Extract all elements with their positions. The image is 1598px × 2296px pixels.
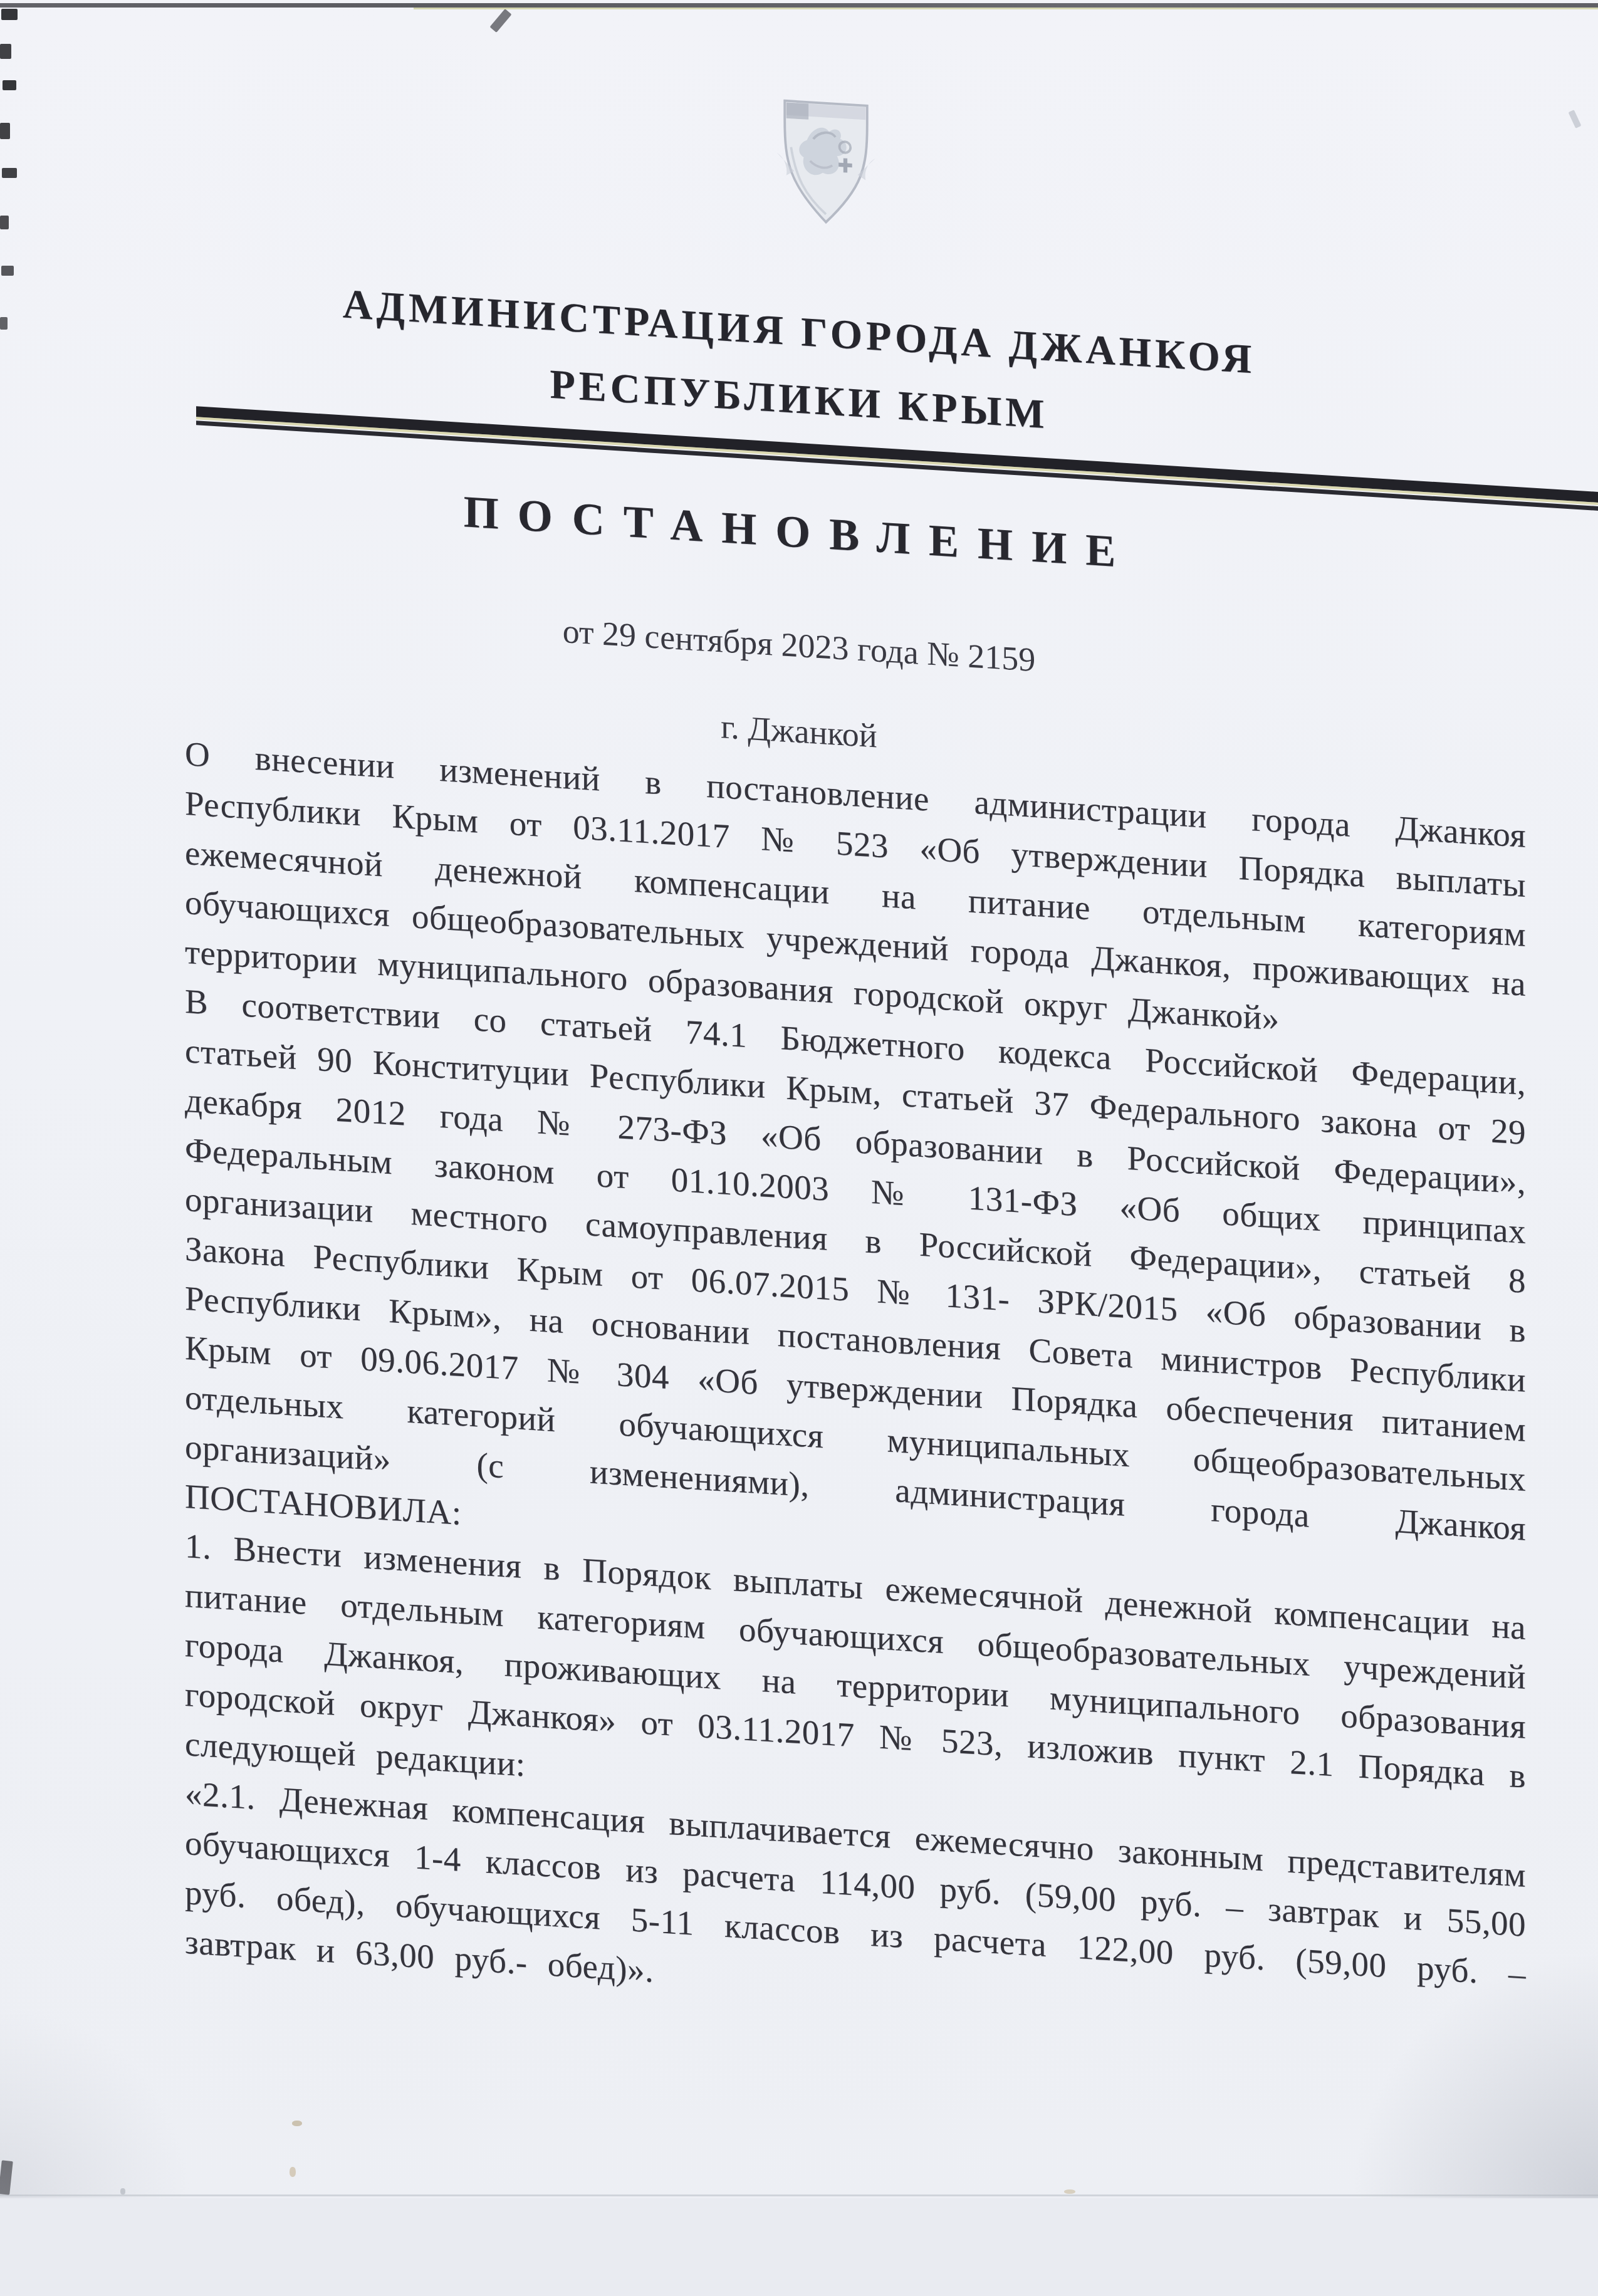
- resolution-document: АДМИНИСТРАЦИЯ ГОРОДА ДЖАНКОЯ РЕСПУБЛИКИ …: [0, 0, 1598, 2198]
- scanned-document-page: АДМИНИСТРАЦИЯ ГОРОДА ДЖАНКОЯ РЕСПУБЛИКИ …: [0, 0, 1598, 2198]
- preamble-paragraph: В соответствии со статьей 74.1 Бюджетног…: [185, 976, 1526, 1553]
- scan-top-edge-fringe: [414, 8, 1598, 9]
- scan-artifact: [489, 9, 511, 33]
- crimea-griffin-shield-icon: [773, 93, 879, 231]
- document-body: О внесении изменений в постановление адм…: [185, 729, 1526, 2048]
- coat-of-arms: [773, 93, 879, 231]
- scan-top-edge-line: [0, 3, 1598, 8]
